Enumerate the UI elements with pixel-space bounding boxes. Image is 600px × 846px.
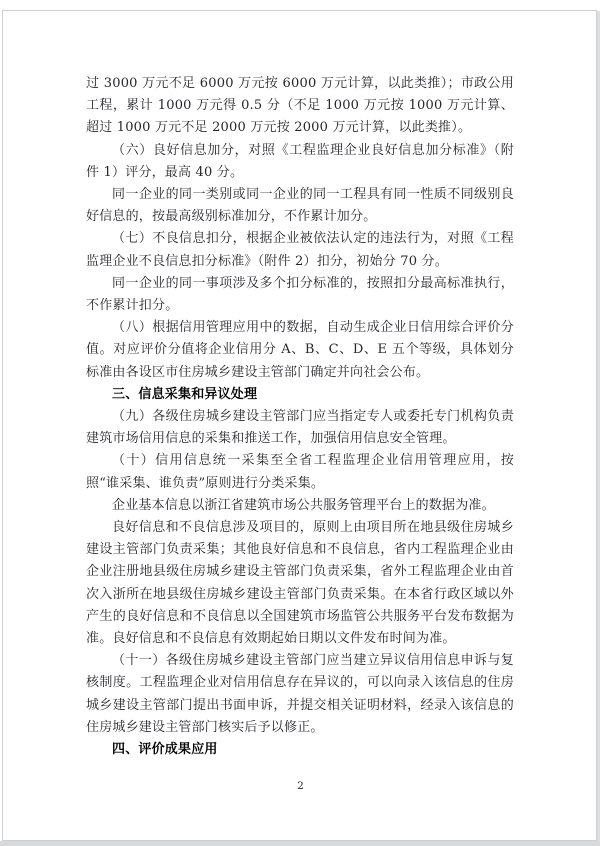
text-block: 过 3000 万元不足 6000 万元按 6000 万元计算，以此类推）；市政公…: [86, 73, 514, 761]
paragraph: 同一企业的同一事项涉及多个扣分标准的，按照扣分最高标准执行，不作累计扣分。: [86, 273, 514, 317]
section-heading: 四、评价成果应用: [86, 739, 514, 761]
paragraph: 过 3000 万元不足 6000 万元按 6000 万元计算，以此类推）；市政公…: [86, 73, 514, 140]
paragraph: 同一企业的同一类别或同一企业的同一工程具有同一性质不同级别良好信息的，按最高级别…: [86, 184, 514, 228]
paragraph: （八）根据信用管理应用中的数据，自动生成企业日信用综合评价分值。对应评价分值将企…: [86, 317, 514, 384]
page-number: 2: [3, 780, 598, 792]
paragraph: （六）良好信息加分，对照《工程监理企业良好信息加分标准》（附件 1）评分，最高 …: [86, 140, 514, 184]
section-heading: 三、信息采集和异议处理: [86, 384, 514, 406]
paragraph: 企业基本信息以浙江省建筑市场公共服务管理平台上的数据为准。: [86, 495, 514, 517]
paragraph: 良好信息和不良信息涉及项目的，原则上由项目所在地县级住房城乡建设主管部门负责采集…: [86, 517, 514, 650]
document-viewer: 过 3000 万元不足 6000 万元按 6000 万元计算，以此类推）；市政公…: [0, 0, 600, 846]
document-page: 过 3000 万元不足 6000 万元按 6000 万元计算，以此类推）；市政公…: [2, 10, 597, 841]
paragraph: （十一）各级住房城乡建设主管部门应当建立异议信用信息申诉与复核制度。工程监理企业…: [86, 650, 514, 739]
paragraph: （九）各级住房城乡建设主管部门应当指定专人或委托专门机构负责建筑市场信用信息的采…: [86, 406, 514, 450]
viewer-background-strip: [0, 841, 600, 846]
paragraph: （七）不良信息扣分，根据企业被依法认定的违法行为，对照《工程监理企业不良信息扣分…: [86, 228, 514, 272]
paragraph: （十）信用信息统一采集至全省工程监理企业信用管理应用，按照“谁采集、谁负责”原则…: [86, 450, 514, 494]
